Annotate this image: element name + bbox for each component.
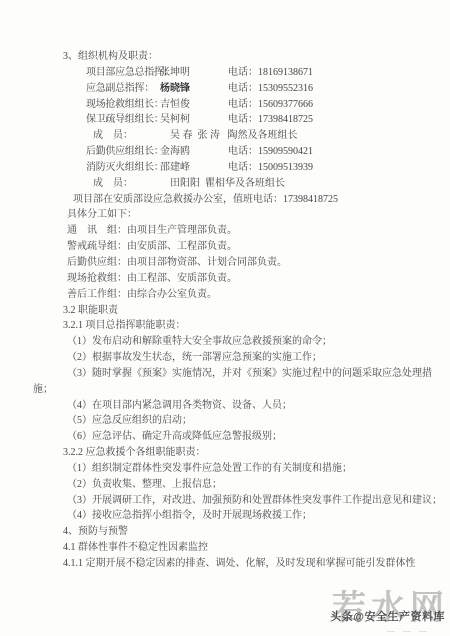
contact-person-name: 杨晓锋 <box>160 81 190 97</box>
contact-phone: 电话：15309552316 <box>228 81 313 97</box>
text-line: 成 员：田阳阳 瞿相华及各班组长 <box>33 176 447 192</box>
text-line: 4、预防与预警 <box>33 524 447 540</box>
text-line: 成 员：吴 春 张 涛 陶然及各班组长 <box>33 128 447 144</box>
member-names: 田阳阳 瞿相华及各班组长 <box>170 176 285 192</box>
text-line: （3）随时掌握《预案》实施情况，并对《预案》实施过程中的问题采取应急处理措 <box>33 366 447 382</box>
document-page: 3、组织机构及职责：项目部应急总指挥：张坤明电话：18169138671应急副总… <box>0 0 450 636</box>
contact-person-name: 金海鸥 <box>160 144 190 160</box>
contact-phone: 电话：18169138671 <box>228 65 313 81</box>
contact-person-name: 张坤明 <box>160 65 190 81</box>
text-line: 施； <box>33 382 447 398</box>
text-line: 善后工作组：由综合办公室负责。 <box>33 287 447 303</box>
text-line: （2）负责收集、整理、上报信息； <box>33 477 447 493</box>
contact-phone: 电话：15009513939 <box>228 160 313 176</box>
member-label: 成 员： <box>93 128 133 144</box>
text-line: 项目部在安质部设应急救援办公室，值班电话：17398418725 <box>33 192 447 208</box>
text-line: （2）根据事故发生状态，统一部署应急预案的实施工作； <box>33 350 447 366</box>
contact-role-label: 应急副总指挥： <box>86 81 154 97</box>
text-line: （3）开展调研工作，对改进、加强预防和处置群体性突发事件工作提出意见和建议； <box>33 493 447 509</box>
text-line: 4.1 群体性事件不稳定性因素监控 <box>33 540 447 556</box>
contact-role-label: 现场抢救组组长： <box>86 97 164 113</box>
text-line: 消防灭火组组长：邵建峰电话：15009513939 <box>33 160 447 176</box>
text-line: 3、组织机构及职责： <box>33 49 447 65</box>
member-names: 吴 春 张 涛 陶然及各班组长 <box>170 128 298 144</box>
text-line: 保卫疏导组组长：吴柯柯电话：17398418725 <box>33 112 447 128</box>
text-line: 3.2.2 应急救援个各组职能职责： <box>33 445 447 461</box>
text-line: 通 讯 组：由项目生产管理部负责。 <box>33 223 447 239</box>
watermark-underline-marks: — — — <box>387 626 430 635</box>
contact-phone: 电话：17398418725 <box>228 112 313 128</box>
member-label: 成 员： <box>93 176 133 192</box>
text-line: 4.1.1 定期开展不稳定因素的排查、调处、化解，及时发现和掌握可能引发群体性 <box>33 556 447 572</box>
text-line: 后勤供应组组长：金海鸥电话：15909590421 <box>33 144 447 160</box>
text-line: 3.2.1 项目总指挥职能职责： <box>33 318 447 334</box>
text-line: （1）发布启动和解除重特大安全事故应急救援预案的命令； <box>33 334 447 350</box>
text-line: （4）在项目部内紧急调用各类物资、设备、人员； <box>33 398 447 414</box>
contact-role-label: 后勤供应组组长： <box>86 144 164 160</box>
text-line: 后勤供应组：由项目部物资部、计划合同部负责。 <box>33 255 447 271</box>
document-body: 3、组织机构及职责：项目部应急总指挥：张坤明电话：18169138671应急副总… <box>33 49 447 572</box>
text-line: 现场抢救组：由工程部、安质部负责。 <box>33 271 447 287</box>
text-line: （5）应急反应组织的启动； <box>33 413 447 429</box>
text-line: 具体分工如下： <box>33 207 447 223</box>
text-line: （1）组织制定群体性突发事件应急处置工作的有关制度和措施； <box>33 461 447 477</box>
text-line: 应急副总指挥：杨晓锋电话：15309552316 <box>33 81 447 97</box>
contact-phone: 电话：15609377666 <box>228 97 313 113</box>
watermark-account-text: 头条@安全生产资料库 <box>330 608 445 624</box>
text-line: （4）接收应急指挥小组指令，及时开展现场救援工作； <box>33 508 447 524</box>
text-line: 项目部应急总指挥：张坤明电话：18169138671 <box>33 65 447 81</box>
text-line: 3.2 职能职责 <box>33 303 447 319</box>
text-line: （6）应急评估、确定升高或降低应急警报级别； <box>33 429 447 445</box>
text-line: 现场抢救组组长：吉恒俊电话：15609377666 <box>33 97 447 113</box>
contact-person-name: 吴柯柯 <box>160 112 190 128</box>
text-line: 警戒疏导组：由安质部、工程部负责。 <box>33 239 447 255</box>
contact-phone: 电话：15909590421 <box>228 144 313 160</box>
contact-person-name: 邵建峰 <box>160 160 190 176</box>
contact-role-label: 消防灭火组组长： <box>86 160 164 176</box>
contact-role-label: 保卫疏导组组长： <box>86 112 164 128</box>
contact-person-name: 吉恒俊 <box>160 97 190 113</box>
